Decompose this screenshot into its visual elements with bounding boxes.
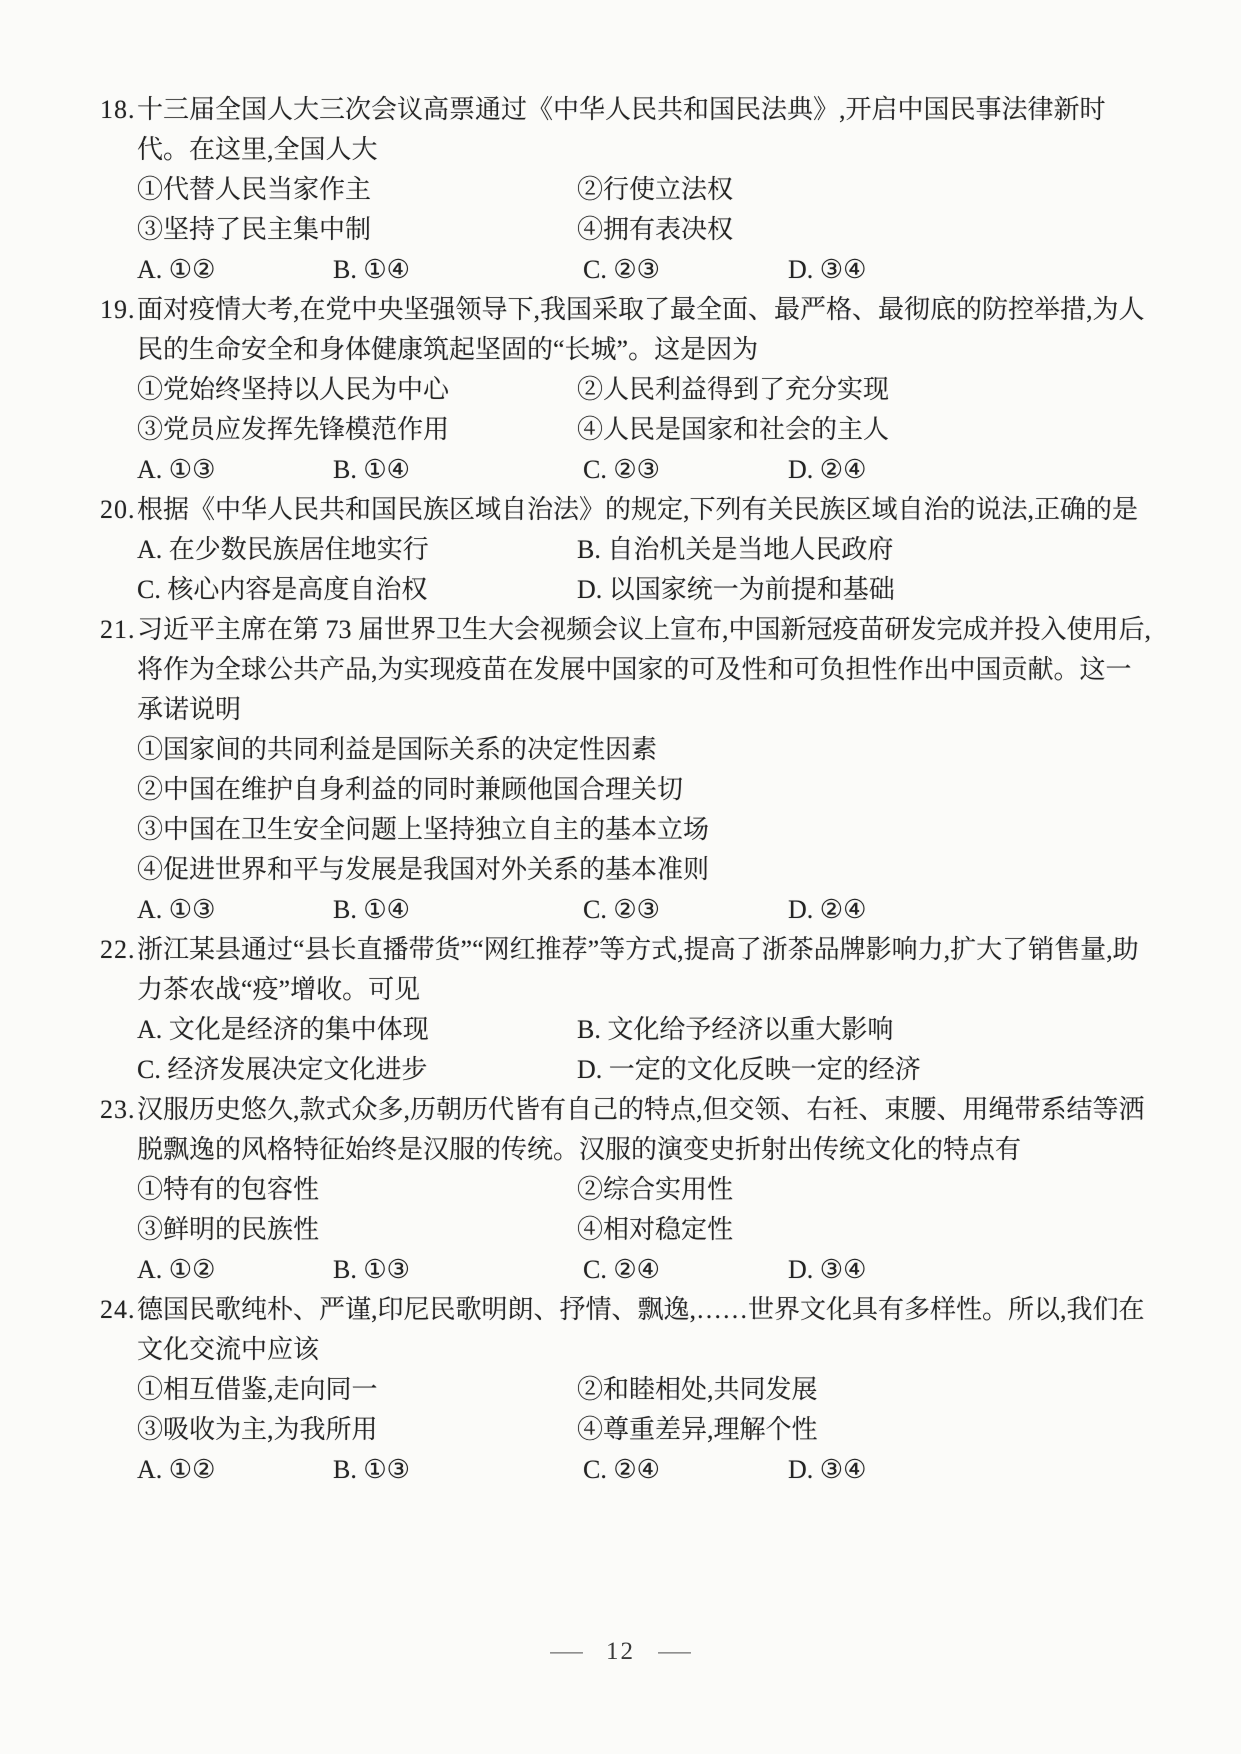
question-24: 24.德国民歌纯朴、严谨,印尼民歌明朗、抒情、飘逸,……世界文化具有多样性。所以…: [100, 1290, 1155, 1490]
answer-choices: A. ①② B. ①③ C. ②④ D. ③④: [100, 1250, 1155, 1290]
answer-choice-c: C. ②④: [583, 1450, 788, 1490]
answer-choice-c: C. ②④: [583, 1250, 788, 1290]
option-3: ③中国在卫生安全问题上坚持独立自主的基本立场: [137, 810, 1155, 850]
footer-rule-right: —: [658, 1637, 691, 1667]
option-list: ①代替人民当家作主 ②行使立法权 ③坚持了民主集中制 ④拥有表决权: [100, 170, 1155, 250]
option-c: C. 经济发展决定文化进步: [137, 1050, 577, 1090]
option-list: A. 在少数民族居住地实行 B. 自治机关是当地人民政府 C. 核心内容是高度自…: [100, 530, 1155, 610]
option-4: ④人民是国家和社会的主人: [577, 410, 1155, 450]
option-4: ④相对稳定性: [577, 1210, 1155, 1250]
option-4: ④拥有表决权: [577, 210, 1155, 250]
option-4: ④促进世界和平与发展是我国对外关系的基本准则: [137, 850, 1155, 890]
option-b: B. 自治机关是当地人民政府: [577, 530, 1155, 570]
question-19: 19.面对疫情大考,在党中央坚强领导下,我国采取了最全面、最严格、最彻底的防控举…: [100, 290, 1155, 490]
page-number: 12: [606, 1637, 635, 1667]
question-number: 24.: [100, 1290, 136, 1330]
option-a: A. 在少数民族居住地实行: [137, 530, 577, 570]
option-d: D. 以国家统一为前提和基础: [577, 570, 1155, 610]
answer-choice-b: B. ①③: [333, 1450, 583, 1490]
question-stem: 20.根据《中华人民共和国民族区域自治法》的规定,下列有关民族区域自治的说法,正…: [100, 490, 1155, 530]
option-1: ①国家间的共同利益是国际关系的决定性因素: [137, 730, 1155, 770]
option-2: ②中国在维护自身利益的同时兼顾他国合理关切: [137, 770, 1155, 810]
answer-choice-b: B. ①④: [333, 890, 583, 930]
option-list: A. 文化是经济的集中体现 B. 文化给予经济以重大影响 C. 经济发展决定文化…: [100, 1010, 1155, 1090]
option-list: ①国家间的共同利益是国际关系的决定性因素 ②中国在维护自身利益的同时兼顾他国合理…: [100, 730, 1155, 890]
question-stem: 19.面对疫情大考,在党中央坚强领导下,我国采取了最全面、最严格、最彻底的防控举…: [100, 290, 1155, 370]
question-23: 23.汉服历史悠久,款式众多,历朝历代皆有自己的特点,但交领、右衽、束腰、用绳带…: [100, 1090, 1155, 1290]
option-list: ①党始终坚持以人民为中心 ②人民利益得到了充分实现 ③党员应发挥先锋模范作用 ④…: [100, 370, 1155, 450]
page-footer: — 12 —: [0, 1637, 1241, 1667]
question-stem-text: 德国民歌纯朴、严谨,印尼民歌明朗、抒情、飘逸,……世界文化具有多样性。所以,我们…: [137, 1295, 1145, 1364]
question-stem-text: 汉服历史悠久,款式众多,历朝历代皆有自己的特点,但交领、右衽、束腰、用绳带系结等…: [137, 1095, 1145, 1164]
question-stem: 22.浙江某县通过“县长直播带货”“网红推荐”等方式,提高了浙茶品牌影响力,扩大…: [100, 930, 1155, 1010]
answer-choice-d: D. ②④: [788, 450, 1155, 490]
option-3: ③鲜明的民族性: [137, 1210, 577, 1250]
option-3: ③坚持了民主集中制: [137, 210, 577, 250]
answer-choices: A. ①② B. ①④ C. ②③ D. ③④: [100, 250, 1155, 290]
answer-choices: A. ①③ B. ①④ C. ②③ D. ②④: [100, 890, 1155, 930]
question-stem-text: 浙江某县通过“县长直播带货”“网红推荐”等方式,提高了浙茶品牌影响力,扩大了销售…: [137, 935, 1139, 1004]
answer-choices: A. ①② B. ①③ C. ②④ D. ③④: [100, 1450, 1155, 1490]
option-2: ②和睦相处,共同发展: [577, 1370, 1155, 1410]
option-list: ①特有的包容性 ②综合实用性 ③鲜明的民族性 ④相对稳定性: [100, 1170, 1155, 1250]
option-a: A. 文化是经济的集中体现: [137, 1010, 577, 1050]
option-d: D. 一定的文化反映一定的经济: [577, 1050, 1155, 1090]
answer-choices: A. ①③ B. ①④ C. ②③ D. ②④: [100, 450, 1155, 490]
question-number: 22.: [100, 930, 136, 970]
footer-rule-left: —: [550, 1637, 583, 1667]
option-3: ③吸收为主,为我所用: [137, 1410, 577, 1450]
answer-choice-d: D. ③④: [788, 250, 1155, 290]
option-c: C. 核心内容是高度自治权: [137, 570, 577, 610]
option-3: ③党员应发挥先锋模范作用: [137, 410, 577, 450]
questions-area: 18.十三届全国人大三次会议高票通过《中华人民共和国民法典》,开启中国民事法律新…: [100, 90, 1155, 1490]
question-stem: 23.汉服历史悠久,款式众多,历朝历代皆有自己的特点,但交领、右衽、束腰、用绳带…: [100, 1090, 1155, 1170]
answer-choice-d: D. ③④: [788, 1450, 1155, 1490]
question-22: 22.浙江某县通过“县长直播带货”“网红推荐”等方式,提高了浙茶品牌影响力,扩大…: [100, 930, 1155, 1090]
question-18: 18.十三届全国人大三次会议高票通过《中华人民共和国民法典》,开启中国民事法律新…: [100, 90, 1155, 290]
option-list: ①相互借鉴,走向同一 ②和睦相处,共同发展 ③吸收为主,为我所用 ④尊重差异,理…: [100, 1370, 1155, 1450]
option-2: ②人民利益得到了充分实现: [577, 370, 1155, 410]
question-stem-text: 根据《中华人民共和国民族区域自治法》的规定,下列有关民族区域自治的说法,正确的是: [137, 495, 1138, 524]
question-stem: 24.德国民歌纯朴、严谨,印尼民歌明朗、抒情、飘逸,……世界文化具有多样性。所以…: [100, 1290, 1155, 1370]
answer-choice-a: A. ①②: [137, 1250, 333, 1290]
option-4: ④尊重差异,理解个性: [577, 1410, 1155, 1450]
answer-choice-b: B. ①④: [333, 250, 583, 290]
question-number: 23.: [100, 1090, 136, 1130]
question-number: 20.: [100, 490, 136, 530]
answer-choice-a: A. ①②: [137, 1450, 333, 1490]
question-number: 21.: [100, 610, 136, 650]
option-1: ①相互借鉴,走向同一: [137, 1370, 577, 1410]
option-b: B. 文化给予经济以重大影响: [577, 1010, 1155, 1050]
question-21: 21.习近平主席在第 73 届世界卫生大会视频会议上宣布,中国新冠疫苗研发完成并…: [100, 610, 1155, 930]
answer-choice-a: A. ①②: [137, 250, 333, 290]
option-2: ②行使立法权: [577, 170, 1155, 210]
answer-choice-c: C. ②③: [583, 450, 788, 490]
answer-choice-c: C. ②③: [583, 890, 788, 930]
question-stem-text: 十三届全国人大三次会议高票通过《中华人民共和国民法典》,开启中国民事法律新时代。…: [137, 95, 1106, 164]
question-20: 20.根据《中华人民共和国民族区域自治法》的规定,下列有关民族区域自治的说法,正…: [100, 490, 1155, 610]
answer-choice-a: A. ①③: [137, 450, 333, 490]
answer-choice-d: D. ③④: [788, 1250, 1155, 1290]
question-stem-text: 面对疫情大考,在党中央坚强领导下,我国采取了最全面、最严格、最彻底的防控举措,为…: [137, 295, 1145, 364]
answer-choice-a: A. ①③: [137, 890, 333, 930]
question-number: 19.: [100, 290, 136, 330]
option-1: ①特有的包容性: [137, 1170, 577, 1210]
exam-page: 18.十三届全国人大三次会议高票通过《中华人民共和国民法典》,开启中国民事法律新…: [0, 0, 1241, 1754]
question-stem: 18.十三届全国人大三次会议高票通过《中华人民共和国民法典》,开启中国民事法律新…: [100, 90, 1155, 170]
option-1: ①代替人民当家作主: [137, 170, 577, 210]
answer-choice-c: C. ②③: [583, 250, 788, 290]
answer-choice-d: D. ②④: [788, 890, 1155, 930]
question-stem-text: 习近平主席在第 73 届世界卫生大会视频会议上宣布,中国新冠疫苗研发完成并投入使…: [137, 615, 1151, 724]
question-stem: 21.习近平主席在第 73 届世界卫生大会视频会议上宣布,中国新冠疫苗研发完成并…: [100, 610, 1155, 730]
option-2: ②综合实用性: [577, 1170, 1155, 1210]
option-1: ①党始终坚持以人民为中心: [137, 370, 577, 410]
answer-choice-b: B. ①③: [333, 1250, 583, 1290]
question-number: 18.: [100, 90, 136, 130]
answer-choice-b: B. ①④: [333, 450, 583, 490]
